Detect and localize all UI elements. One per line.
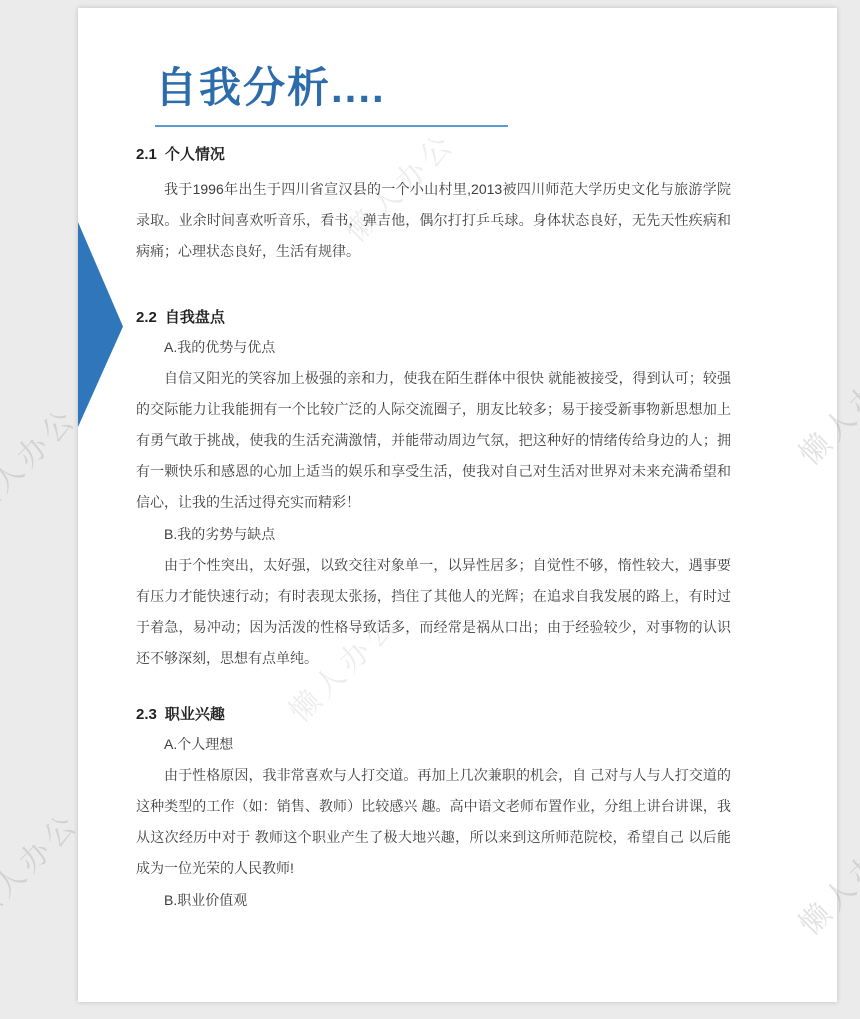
section-heading-2-2: 2.2自我盘点 xyxy=(136,305,731,331)
section-heading-2-1: 2.1个人情况 xyxy=(136,142,731,168)
section-title: 自我盘点 xyxy=(165,309,225,326)
section-number: 2.3 xyxy=(136,706,157,723)
section-number: 2.1 xyxy=(136,146,157,163)
document-title: 自我分析.... xyxy=(155,64,731,112)
section-2-3-paragraph-a: 由于性格原因，我非常喜欢与人打交道。再加上几次兼职的机会，自 己对与人与人打交道… xyxy=(136,760,731,884)
title-underline xyxy=(155,125,508,127)
document-content: 自我分析.... 2.1个人情况 我于1996年出生于四川省宣汉县的一个小山村里… xyxy=(78,8,837,914)
section-title: 个人情况 xyxy=(165,146,225,163)
sub-item-a-label: A.我的优势与优点 xyxy=(136,334,731,361)
sub-item-a-label: A.个人理想 xyxy=(136,731,731,758)
watermark-text: 懒人办公 xyxy=(0,800,87,930)
section-2-2-paragraph-b: 由于个性突出，太好强，以致交往对象单一，以异性居多；自觉性不够，惰性较大，遇事要… xyxy=(136,550,731,674)
desktop-background: 懒人办公 懒人办公 懒人办公 懒人办公 懒人办公 懒人办公 自我分析.... 2… xyxy=(0,0,860,1019)
section-heading-2-3: 2.3职业兴趣 xyxy=(136,702,731,728)
sub-item-b-label: B.我的劣势与缺点 xyxy=(136,521,731,548)
section-number: 2.2 xyxy=(136,309,157,326)
section-2-1-paragraph: 我于1996年出生于四川省宣汉县的一个小山村里,2013被四川师范大学历史文化与… xyxy=(136,174,731,267)
section-title: 职业兴趣 xyxy=(165,706,225,723)
section-2-2-paragraph-a: 自信又阳光的笑容加上极强的亲和力，使我在陌生群体中很快 就能被接受，得到认可；较… xyxy=(136,363,731,518)
sub-item-b-label: B.职业价值观 xyxy=(136,887,731,914)
watermark-text: 懒人办公 xyxy=(0,395,85,525)
